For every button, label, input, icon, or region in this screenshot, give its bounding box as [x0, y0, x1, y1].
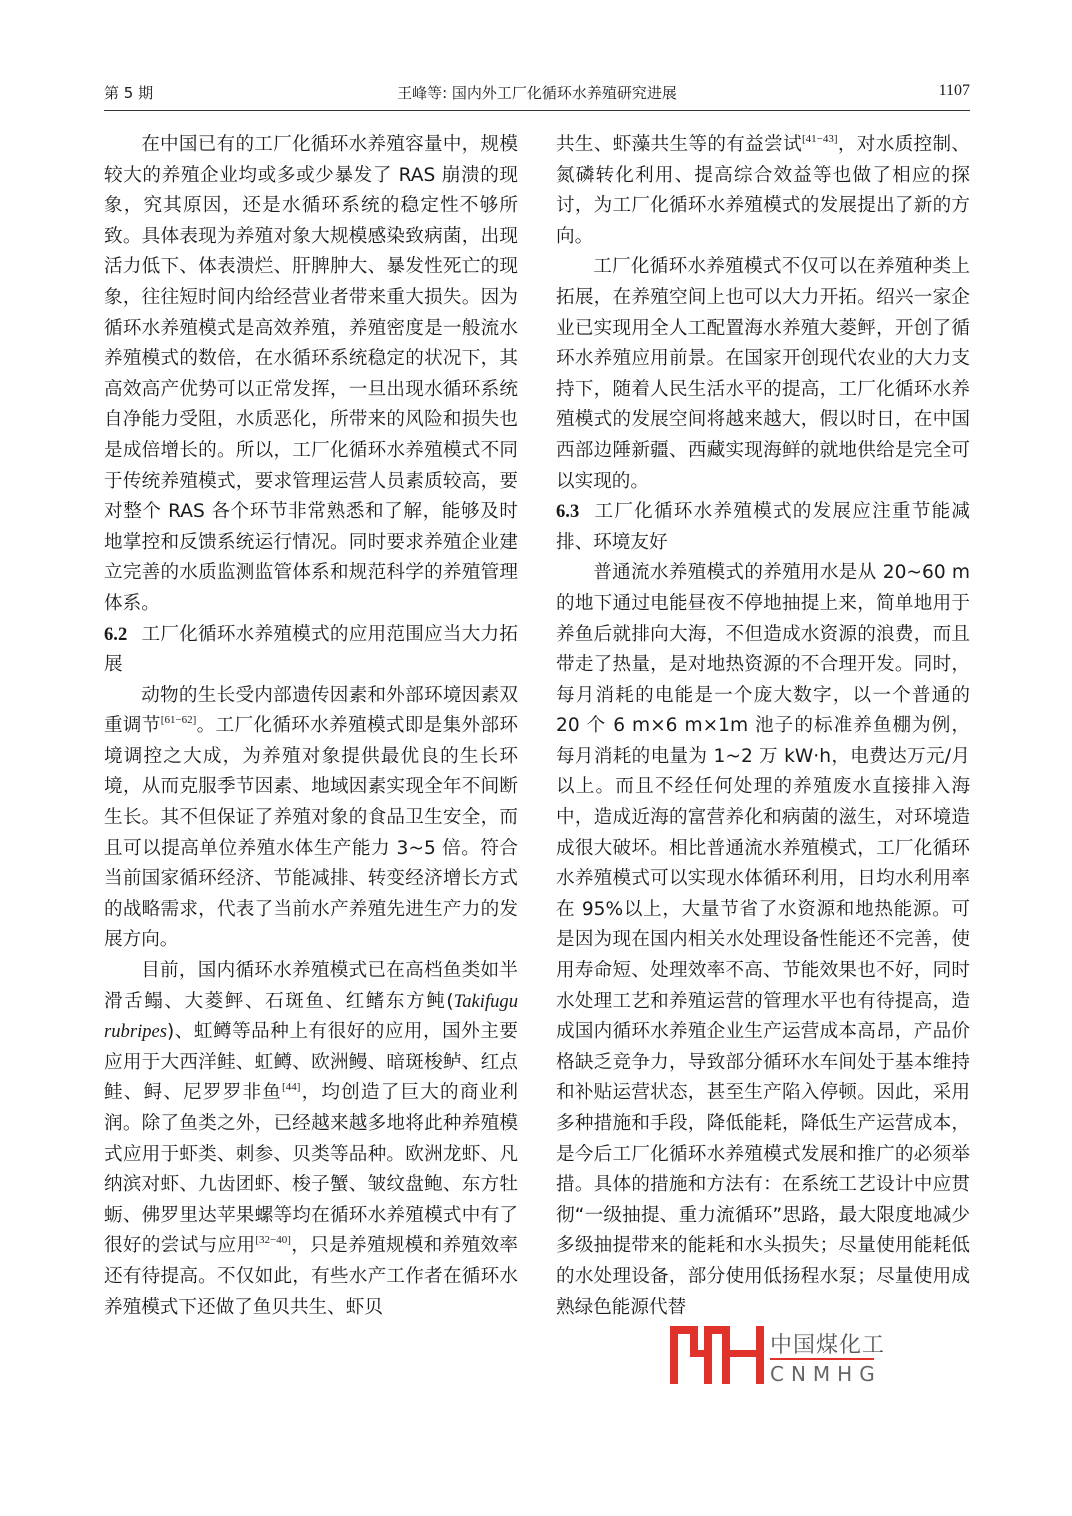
- section-number: 6.2: [104, 624, 127, 645]
- logo-divider: [770, 1358, 874, 1360]
- running-title: 王峰等: 国内外工厂化循环水养殖研究进展: [104, 82, 970, 103]
- header-rule: [104, 110, 970, 111]
- text-run: 。工厂化循环水养殖模式即是集外部环境调控之大成，为养殖对象提供最优良的生长环境，…: [104, 715, 518, 950]
- citation: [41−43]: [802, 133, 838, 145]
- text-run: 共生、虾藻共生等的有益尝试: [556, 134, 802, 155]
- section-heading-6-3: 6.3工厂化循环水养殖模式的发展应注重节能减排、环境友好: [556, 497, 970, 558]
- paragraph: 普通流水养殖模式的养殖用水是从 20~60 m 的地下通过电能昼夜不停地抽提上来…: [556, 558, 970, 1323]
- right-column: 共生、虾藻共生等的有益尝试[41−43]，对水质控制、氮磷转化利用、提高综合效益…: [556, 130, 970, 1323]
- paragraph: 工厂化循环水养殖模式不仅可以在养殖种类上拓展，在养殖空间上也可以大力开拓。绍兴一…: [556, 252, 970, 497]
- page-number: 1107: [939, 82, 970, 100]
- page-header: 第 5 期 王峰等: 国内外工厂化循环水养殖研究进展 1107: [104, 82, 970, 106]
- citation: [44]: [282, 1081, 300, 1093]
- logo-text-en: CNMHG: [770, 1362, 882, 1386]
- section-number: 6.3: [556, 501, 579, 522]
- section-heading-6-2: 6.2工厂化循环水养殖模式的应用范围应当大力拓展: [104, 620, 518, 681]
- paragraph: 在中国已有的工厂化循环水养殖容量中，规模较大的养殖企业均或多或少暴发了 RAS …: [104, 130, 518, 620]
- text-run: ，均创造了巨大的商业利润。除了鱼类之外，已经越来越多地将此种养殖模式应用于虾类、…: [104, 1082, 518, 1256]
- section-title: 工厂化循环水养殖模式的发展应注重节能减排、环境友好: [556, 501, 970, 553]
- watermark-logo: 中国煤化工 CNMHG: [668, 1322, 898, 1392]
- citation: [32−40]: [255, 1234, 291, 1246]
- logo-text-cn: 中国煤化工: [770, 1328, 885, 1359]
- paragraph: 目前，国内循环水养殖模式已在高档鱼类如半滑舌鳎、大菱鲆、石斑鱼、红鳍东方鲀(Ta…: [104, 956, 518, 1323]
- left-column: 在中国已有的工厂化循环水养殖容量中，规模较大的养殖企业均或多或少暴发了 RAS …: [104, 130, 518, 1323]
- mh-logo-icon: [668, 1322, 768, 1386]
- paragraph-continued: 共生、虾藻共生等的有益尝试[41−43]，对水质控制、氮磷转化利用、提高综合效益…: [556, 130, 970, 252]
- section-title: 工厂化循环水养殖模式的应用范围应当大力拓展: [104, 624, 518, 676]
- citation: [61−62]: [161, 714, 197, 726]
- paragraph: 动物的生长受内部遗传因素和外部环境因素双重调节[61−62]。工厂化循环水养殖模…: [104, 681, 518, 956]
